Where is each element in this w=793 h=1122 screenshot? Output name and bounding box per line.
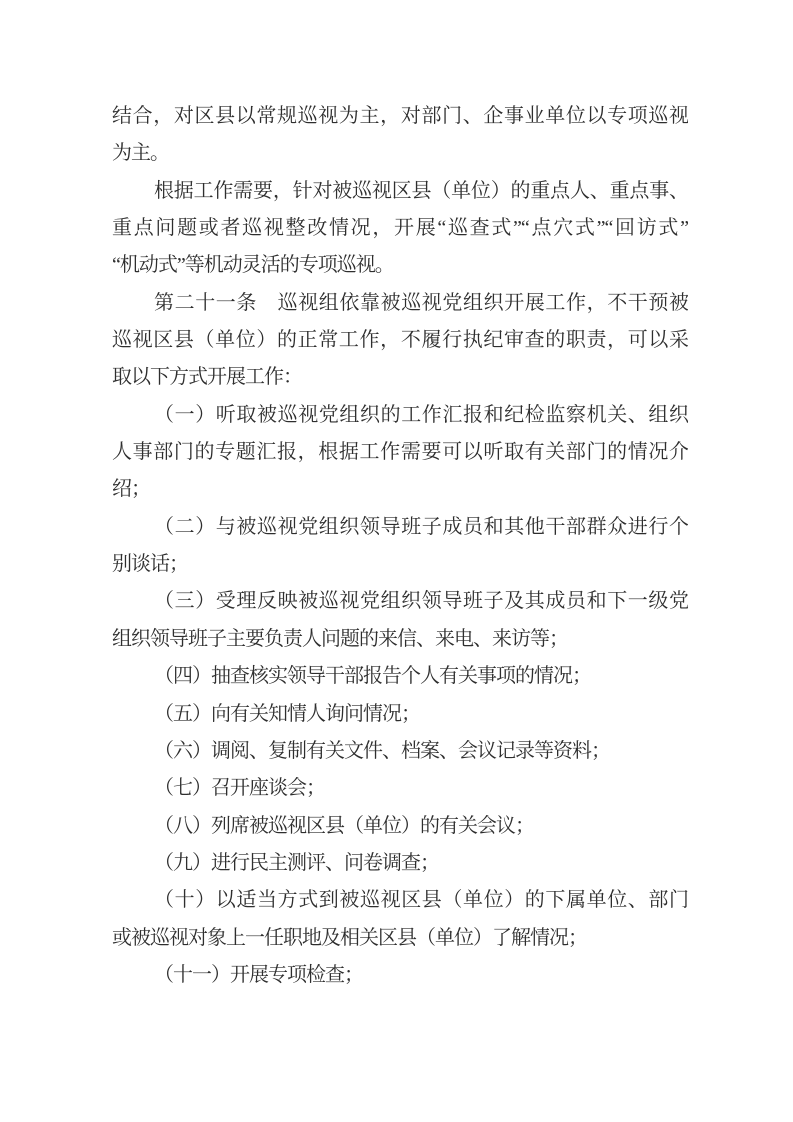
text-line: 重点问题或者巡视整改情况，开展“巡查式”“点穴式”“回访式” — [112, 210, 688, 247]
paragraph: （十一）开展专项检查； — [112, 957, 688, 994]
text-line: 结合，对区县以常规巡视为主，对部门、企事业单位以专项巡视 — [112, 98, 688, 135]
text-line: （五）向有关知情人询问情况； — [112, 696, 688, 733]
text-line: （三）受理反映被巡视党组织领导班子及其成员和下一级党 — [112, 583, 688, 620]
paragraph: 结合，对区县以常规巡视为主，对部门、企事业单位以专项巡视为主。 — [112, 98, 688, 173]
text-line: （六）调阅、复制有关文件、档案、会议记录等资料； — [112, 733, 688, 770]
document-body: 结合，对区县以常规巡视为主，对部门、企事业单位以专项巡视为主。根据工作需要，针对… — [112, 98, 688, 994]
text-line: （九）进行民主测评、问卷调查； — [112, 845, 688, 882]
text-line: （一）听取被巡视党组织的工作汇报和纪检监察机关、组织 — [112, 397, 688, 434]
text-line: （四）抽查核实领导干部报告个人有关事项的情况； — [112, 658, 688, 695]
paragraph: 第二十一条 巡视组依靠被巡视党组织开展工作，不干预被巡视区县（单位）的正常工作，… — [112, 285, 688, 397]
text-line: （八）列席被巡视区县（单位）的有关会议； — [112, 808, 688, 845]
paragraph: （六）调阅、复制有关文件、档案、会议记录等资料； — [112, 733, 688, 770]
text-line: 取以下方式开展工作： — [112, 359, 688, 396]
paragraph: （三）受理反映被巡视党组织领导班子及其成员和下一级党组织领导班子主要负责人问题的… — [112, 583, 688, 658]
paragraph: （八）列席被巡视区县（单位）的有关会议； — [112, 808, 688, 845]
paragraph: 根据工作需要，针对被巡视区县（单位）的重点人、重点事、重点问题或者巡视整改情况，… — [112, 173, 688, 285]
text-line: 绍； — [112, 471, 688, 508]
text-line: 第二十一条 巡视组依靠被巡视党组织开展工作，不干预被 — [112, 285, 688, 322]
text-line: 或被巡视对象上一任职地及相关区县（单位）了解情况； — [112, 920, 688, 957]
paragraph: （九）进行民主测评、问卷调查； — [112, 845, 688, 882]
paragraph: （五）向有关知情人询问情况； — [112, 696, 688, 733]
text-line: “机动式”等机动灵活的专项巡视。 — [112, 247, 688, 284]
paragraph: （二）与被巡视党组织领导班子成员和其他干部群众进行个别谈话； — [112, 509, 688, 584]
text-line: 别谈话； — [112, 546, 688, 583]
text-line: （十）以适当方式到被巡视区县（单位）的下属单位、部门 — [112, 882, 688, 919]
text-line: 根据工作需要，针对被巡视区县（单位）的重点人、重点事、 — [112, 173, 688, 210]
paragraph: （七）召开座谈会； — [112, 770, 688, 807]
text-line: 巡视区县（单位）的正常工作，不履行执纪审查的职责，可以采 — [112, 322, 688, 359]
text-line: （二）与被巡视党组织领导班子成员和其他干部群众进行个 — [112, 509, 688, 546]
paragraph: （四）抽查核实领导干部报告个人有关事项的情况； — [112, 658, 688, 695]
text-line: （十一）开展专项检查； — [112, 957, 688, 994]
paragraph: （十）以适当方式到被巡视区县（单位）的下属单位、部门或被巡视对象上一任职地及相关… — [112, 882, 688, 957]
paragraph: （一）听取被巡视党组织的工作汇报和纪检监察机关、组织人事部门的专题汇报，根据工作… — [112, 397, 688, 509]
document-page: 结合，对区县以常规巡视为主，对部门、企事业单位以专项巡视为主。根据工作需要，针对… — [0, 0, 793, 1122]
text-line: （七）召开座谈会； — [112, 770, 688, 807]
text-line: 为主。 — [112, 135, 688, 172]
text-line: 人事部门的专题汇报，根据工作需要可以听取有关部门的情况介 — [112, 434, 688, 471]
text-line: 组织领导班子主要负责人问题的来信、来电、来访等； — [112, 621, 688, 658]
